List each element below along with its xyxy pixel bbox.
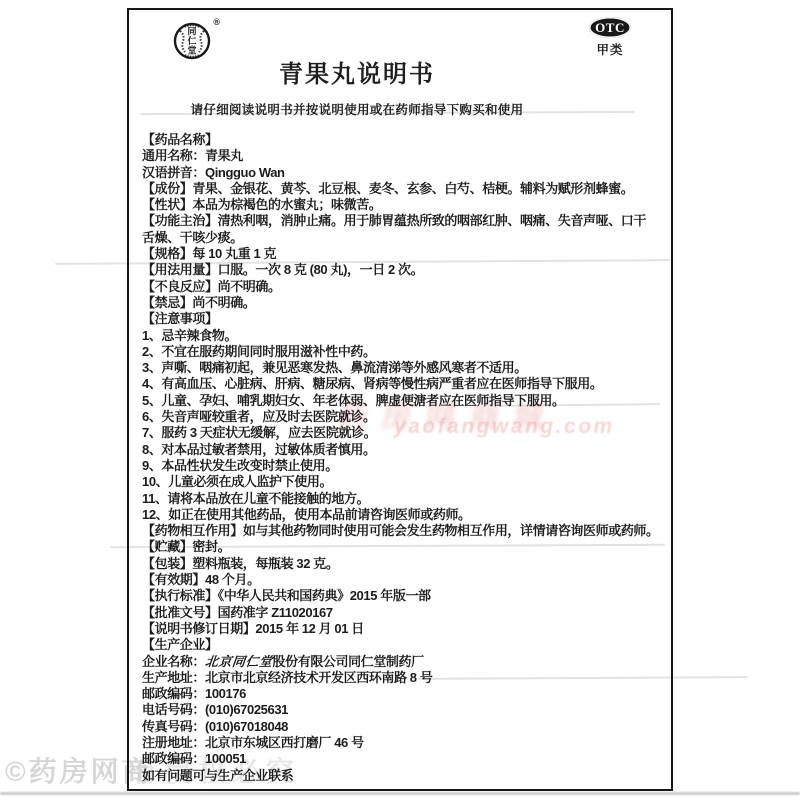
text-line: 【用法用量】口服。一次 8 克 (80 丸)，一日 2 次。: [142, 262, 658, 278]
text-line: 5、儿童、孕妇、哺乳期妇女、年老体弱、脾虚便溏者应在医师指导下服用。: [142, 393, 658, 409]
line-text: 生产地址：北京市北京经济技术开发区西环南路 8 号: [142, 670, 432, 685]
section-label: 【有效期】: [142, 572, 205, 587]
section-label: 【成份】: [142, 181, 192, 196]
line-text: 5、儿童、孕妇、哺乳期妇女、年老体弱、脾虚便溏者应在医师指导下服用。: [142, 393, 565, 408]
page-title: 青果丸说明书: [142, 54, 572, 89]
section-label: 【药品名称】: [142, 132, 218, 147]
screenshot-root: { "header": { "title": "青果丸说明书", "subtit…: [0, 0, 800, 800]
line-text: 如与其他药物同时使用可能会发生药物相互作用，详情请咨询医师或药师。: [243, 523, 659, 538]
field-value: 股份有限公司同仁堂制药厂: [273, 654, 424, 669]
text-line: 【药物相互作用】如与其他药物同时使用可能会发生药物相互作用，详情请咨询医师或药师…: [142, 523, 658, 539]
line-text: 尚不明确。: [218, 279, 281, 294]
line-text: 国药准字 Z11020167: [218, 605, 333, 620]
field-prefix: 企业名称：: [142, 654, 205, 669]
text-line: 10、儿童必须在成人监护下使用。: [142, 474, 658, 490]
text-line: 邮政编码：100051: [142, 751, 658, 767]
line-text: 如有问题可与生产企业联系: [142, 768, 293, 783]
text-line: 【有效期】48 个月。: [142, 572, 658, 588]
section-label: 【生产企业】: [142, 637, 218, 652]
text-line: 11、请将本品放在儿童不能接触的地方。: [142, 491, 658, 507]
text-line: 【注意事项】: [142, 311, 658, 327]
section-label: 【不良反应】: [142, 279, 218, 294]
scan-edge-shadow: [0, 792, 800, 795]
line-text: 48 个月。: [205, 572, 260, 587]
line-text: 电话号码：(010)67025631: [142, 702, 288, 717]
registered-trademark-icon: ®: [213, 17, 220, 27]
text-line: 【执行标准】《中华人民共和国药典》2015 年版一部: [142, 588, 658, 604]
line-text: 汉语拼音：Qingguo Wan: [142, 165, 285, 180]
line-text: 《中华人民共和国药典》2015 年版一部: [218, 588, 431, 603]
section-label: 【规格】: [142, 246, 192, 261]
text-line: 【说明书修订日期】2015 年 12 月 01 日: [142, 621, 658, 637]
leaflet-sheet: 同 仁 堂 ® OTC 甲类 青果丸说明书 请仔细阅读说明书并按说明使用或在药师…: [127, 8, 673, 791]
svg-text:仁: 仁: [187, 35, 196, 46]
section-label: 【性状】: [142, 197, 192, 212]
text-line: 【成份】青果、金银花、黄芩、北豆根、麦冬、玄参、白芍、桔梗。辅料为赋形剂蜂蜜。: [142, 181, 658, 197]
line-text: 2015 年 12 月 01 日: [255, 621, 364, 636]
leaflet-body: 【药品名称】通用名称：青果丸汉语拼音：Qingguo Wan【成份】青果、金银花…: [142, 132, 658, 784]
line-text: 塑料瓶装，每瓶装 32 克。: [192, 556, 338, 571]
text-line: 【药品名称】: [142, 132, 658, 148]
text-line: 【批准文号】国药准字 Z11020167: [142, 605, 658, 621]
section-label: 【药物相互作用】: [142, 523, 243, 538]
text-line: 7、服药 3 天症状无缓解，应去医院就诊。: [142, 425, 658, 441]
line-text: 12、如正在使用其他药品，使用本品前请咨询医师或药师。: [142, 507, 471, 522]
text-line: 8、对本品过敏者禁用，过敏体质者慎用。: [142, 442, 658, 458]
text-line: 汉语拼音：Qingguo Wan: [142, 165, 658, 181]
text-line: 【规格】每 10 丸重 1 克: [142, 246, 658, 262]
line-text: 尚不明确。: [192, 295, 255, 310]
section-label: 【说明书修订日期】: [142, 621, 255, 636]
line-text: 10、儿童必须在成人监护下使用。: [142, 474, 332, 489]
line-text: 8、对本品过敏者禁用，过敏体质者慎用。: [142, 442, 376, 457]
brand-script-text: 北京同仁堂: [204, 654, 273, 670]
line-text: 邮政编码：100176: [142, 686, 246, 701]
line-text: 每 10 丸重 1 克: [192, 246, 276, 261]
text-line: 【包装】塑料瓶装，每瓶装 32 克。: [142, 556, 658, 572]
text-line: 4、有高血压、心脏病、肝病、糖尿病、肾病等慢性病严重者应在医师指导下服用。: [142, 376, 658, 392]
text-line: 生产地址：北京市北京经济技术开发区西环南路 8 号: [142, 670, 658, 686]
line-text: 4、有高血压、心脏病、肝病、糖尿病、肾病等慢性病严重者应在医师指导下服用。: [142, 376, 602, 391]
text-line: 【功能主治】清热利咽，消肿止痛。用于肺胃蕴热所致的咽部红肿、咽痛、失音声哑、口干…: [142, 213, 658, 246]
line-text: 本品为棕褐色的水蜜丸；味微苦。: [192, 197, 381, 212]
line-text: 清热利咽，消肿止痛。用于肺胃蕴热所致的咽部红肿、咽痛、失音声哑、口干舌燥、干咳少…: [142, 213, 646, 244]
text-line: 1、忌辛辣食物。: [142, 328, 658, 344]
line-text: 11、请将本品放在儿童不能接触的地方。: [142, 491, 369, 506]
line-text: 注册地址：北京市东城区西打磨厂 46 号: [142, 735, 364, 750]
section-label: 【执行标准】: [142, 588, 218, 603]
line-text: 密封。: [192, 539, 230, 554]
line-text: 口服。一次 8 克 (80 丸)，一日 2 次。: [218, 262, 424, 277]
line-text: 1、忌辛辣食物。: [142, 328, 237, 343]
text-line: 企业名称：北京同仁堂股份有限公司同仁堂制药厂: [142, 654, 658, 670]
text-line: 【生产企业】: [142, 637, 658, 653]
text-line: 2、不宜在服药期间同时服用滋补性中药。: [142, 344, 658, 360]
line-text: 3、声嘶、咽痛初起，兼见恶寒发热、鼻流清涕等外感风寒者不适用。: [142, 360, 527, 375]
otc-badge: OTC 甲类: [587, 17, 633, 58]
text-line: 6、失音声哑较重者，应及时去医院就诊。: [142, 409, 658, 425]
line-text: 9、本品性状发生改变时禁止使用。: [142, 458, 338, 473]
text-line: 如有问题可与生产企业联系: [142, 768, 658, 784]
line-text: 2、不宜在服药期间同时服用滋补性中药。: [142, 344, 376, 359]
text-line: 通用名称：青果丸: [142, 148, 658, 164]
section-label: 【功能主治】: [142, 213, 218, 228]
leaflet-header: 同 仁 堂 ® OTC 甲类 青果丸说明书 请仔细阅读说明书并按说明使用或在药师…: [142, 10, 658, 132]
section-label: 【批准文号】: [142, 605, 218, 620]
text-line: 【性状】本品为棕褐色的水蜜丸；味微苦。: [142, 197, 658, 213]
otc-oval-icon: OTC: [589, 17, 631, 38]
text-line: 传真号码：(010)67018048: [142, 719, 658, 735]
page-subtitle: 请仔细阅读说明书并按说明使用或在药师指导下购买和使用: [142, 100, 572, 118]
text-line: 【贮藏】密封。: [142, 539, 658, 555]
line-text: 通用名称：青果丸: [142, 148, 243, 163]
text-line: 邮政编码：100176: [142, 686, 658, 702]
text-line: 9、本品性状发生改变时禁止使用。: [142, 458, 658, 474]
line-text: 传真号码：(010)67018048: [142, 719, 288, 734]
line-text: 6、失音声哑较重者，应及时去医院就诊。: [142, 409, 376, 424]
section-label: 【禁忌】: [142, 295, 192, 310]
text-line: 3、声嘶、咽痛初起，兼见恶寒发热、鼻流清涕等外感风寒者不适用。: [142, 360, 658, 376]
line-text: 7、服药 3 天症状无缓解，应去医院就诊。: [142, 425, 376, 440]
text-line: 注册地址：北京市东城区西打磨厂 46 号: [142, 735, 658, 751]
leaflet-content: 同 仁 堂 ® OTC 甲类 青果丸说明书 请仔细阅读说明书并按说明使用或在药师…: [129, 10, 671, 784]
section-label: 【用法用量】: [142, 262, 218, 277]
text-line: 12、如正在使用其他药品，使用本品前请咨询医师或药师。: [142, 507, 658, 523]
text-line: 【禁忌】尚不明确。: [142, 295, 658, 311]
section-label: 【包装】: [142, 556, 192, 571]
line-text: 邮政编码：100051: [142, 751, 246, 766]
section-label: 【贮藏】: [142, 539, 192, 554]
section-label: 【注意事项】: [142, 311, 218, 326]
text-line: 【不良反应】尚不明确。: [142, 279, 658, 295]
svg-text:同: 同: [187, 27, 196, 37]
otc-class-label: 甲类: [587, 40, 633, 58]
text-line: 电话号码：(010)67025631: [142, 702, 658, 718]
line-text: 青果、金银花、黄芩、北豆根、麦冬、玄参、白芍、桔梗。辅料为赋形剂蜂蜜。: [192, 181, 633, 196]
